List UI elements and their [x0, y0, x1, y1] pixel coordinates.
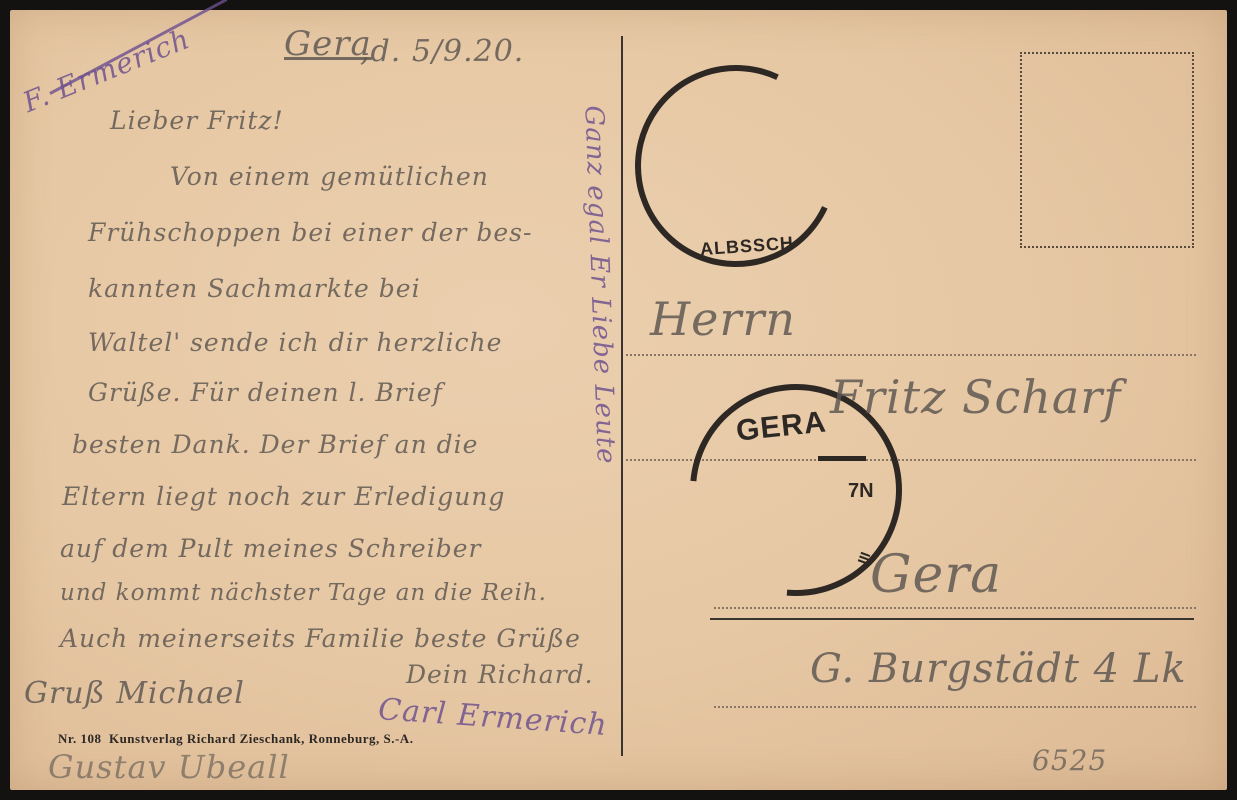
- stamp-placeholder-box: [1020, 52, 1194, 248]
- margin-note-top-left: F. Ermerich: [18, 22, 194, 119]
- address-salutation: Herrn: [650, 292, 796, 346]
- address-street: G. Burgstädt 4 Lk: [810, 646, 1187, 692]
- header-date: ,d. 5/9.20.: [360, 34, 524, 69]
- postmark-time: 7N: [848, 480, 874, 503]
- vertical-divider: [621, 36, 623, 756]
- message-line: und kommt nächster Tage an die Reih.: [60, 580, 547, 606]
- message-line: Grüße. Für deinen l. Brief: [88, 378, 443, 407]
- address-line-4: [714, 706, 1196, 708]
- message-line: besten Dank. Der Brief an die: [72, 430, 478, 459]
- margin-note-vertical: Ganz egal Er Liebe Leute: [578, 105, 621, 465]
- message-line: Auch meinerseits Familie beste Grüße: [60, 624, 581, 653]
- message-line: Frühschoppen bei einer der bes-: [88, 218, 532, 247]
- message-salutation: Lieber Fritz!: [110, 106, 284, 135]
- message-line: kannten Sachmarkte bei: [88, 274, 421, 303]
- message-signoff: Dein Richard.: [406, 660, 594, 689]
- postmark-bar: [818, 456, 866, 461]
- pencil-inventory-note: 6525: [1032, 744, 1107, 777]
- address-line-1: [626, 354, 1196, 356]
- address-city: Gera: [870, 545, 1002, 605]
- publisher-imprint: Nr. 108 Kunstverlag Richard Zieschank, R…: [58, 731, 413, 747]
- address-name: Fritz Scharf: [830, 370, 1121, 424]
- address-line-3: [714, 607, 1196, 609]
- message-line: auf dem Pult meines Schreiber: [60, 534, 481, 563]
- violet-stroke: [49, 0, 227, 95]
- message-line: Eltern liegt noch zur Erledigung: [62, 482, 505, 511]
- message-line: Waltel' sende ich dir herzliche: [88, 328, 502, 357]
- signature-bottom: Gustav Ubeall: [48, 748, 290, 786]
- address-line-3-solid: [710, 618, 1194, 620]
- message-line: Von einem gemütlichen: [170, 162, 489, 191]
- header-place: Gera: [284, 24, 372, 64]
- postcard-back: ALBSSCH GERA 7N III Gera ,d. 5/9.20. F. …: [10, 10, 1227, 790]
- closing-left: Gruß Michael: [24, 676, 245, 711]
